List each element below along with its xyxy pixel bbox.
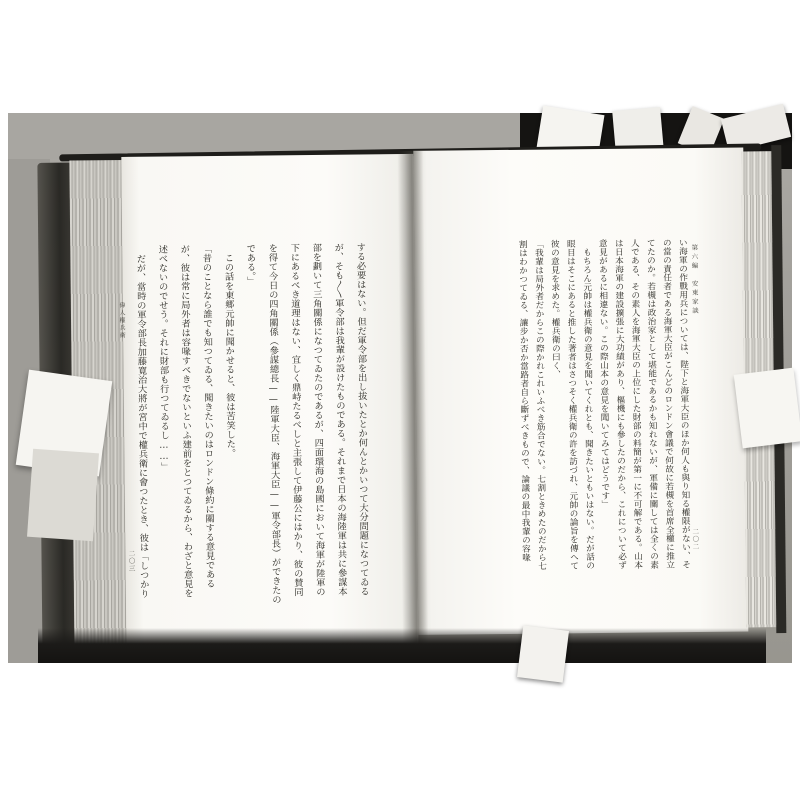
gutter-shadow — [397, 151, 428, 653]
text-column: 述べないのでせう。それに財部も行つてゐるし……」 — [150, 244, 176, 606]
paper-slip-bottom — [517, 625, 569, 682]
bottom-shadow — [38, 628, 766, 663]
text-column: が、彼は常に局外者は容喙すべきでないといふ建前をとつてゐるから、わざと意見を — [172, 244, 198, 606]
bookmark-tab-left-lower — [27, 449, 99, 541]
right-page-text: い海軍の作戰用兵については、陛下と海軍大臣のほか何人も與り知る權限がない、その當… — [510, 238, 693, 575]
left-page-text: する必要はない。但だ軍令部を出し拔いたとか何んとかいつて大分問題になつてゐるが、… — [110, 242, 374, 607]
text-column: する必要はない。但だ軍令部を出し拔いたとか何んとかいつて大分問題になつてゐる — [348, 242, 374, 604]
book-spread: い海軍の作戰用兵については、陛下と海軍大臣のほか何人も與り知る權限がない、その當… — [31, 145, 784, 678]
text-column: この話を東郷元帥に聞かせると、彼は苦笑した。 — [216, 244, 242, 606]
text-column: 「昔のことなら誰でも知つてゐる、聞きたいのはロンドン條約に關する意見である — [194, 244, 220, 606]
book-photo: い海軍の作戰用兵については、陛下と海軍大臣のほか何人も與り知る權限がない、その當… — [8, 113, 792, 663]
left-running-head: 偉人權兵衛 — [117, 302, 126, 340]
text-column: 下にあるべき道理はない、宜しく鼎峙たるべしと主張して伊藤公にはかり、彼の賛同 — [282, 243, 308, 605]
right-running-head: 第六編 安東家談 — [690, 244, 700, 316]
bookmark-tab-right — [734, 368, 800, 449]
text-column: 部を劃いて三角關係になつてゐたのであるが、四面環海の島國において海軍が陸軍の — [304, 243, 330, 605]
text-column: を得て今日の四角關係（參謀總長——陸軍大臣、海軍大臣——軍令部長）ができたの — [260, 243, 286, 605]
left-page-number: 二〇三 — [127, 550, 136, 573]
text-column: が、そも〱軍令部は我輩が設けたものである。それまで日本の海陸軍は共に參謀本 — [326, 243, 352, 605]
right-page-number: 二〇二 — [691, 528, 700, 551]
